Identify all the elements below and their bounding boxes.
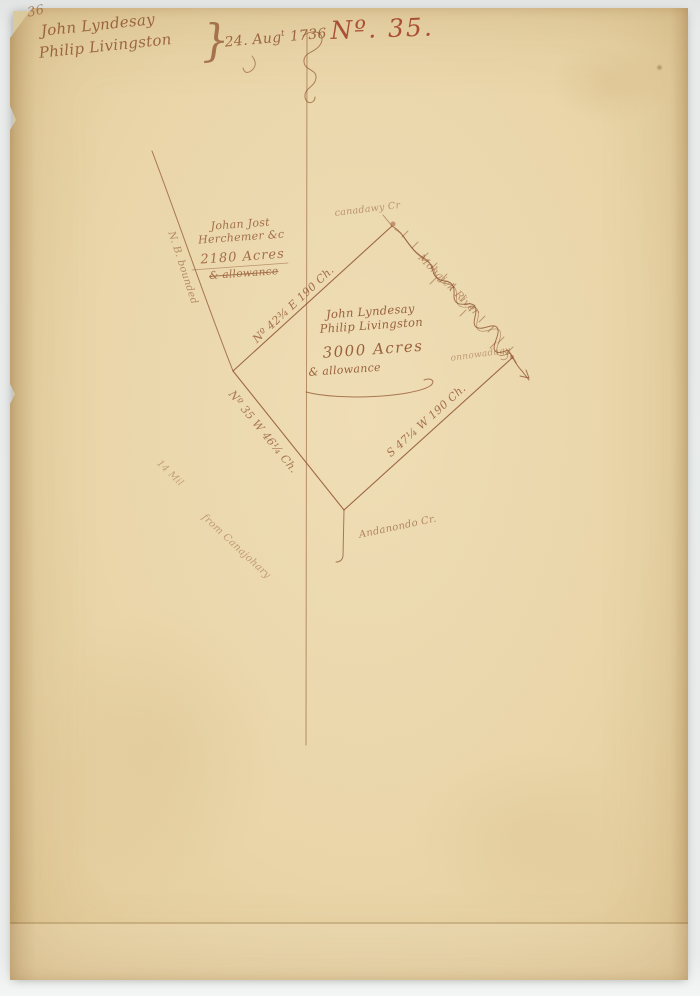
docket-date-year: 1736: [289, 26, 327, 45]
paper-stain: [30, 608, 280, 888]
fold-crease-line: [10, 922, 688, 924]
paper-stain: [550, 44, 670, 124]
paper-stain: [410, 748, 640, 918]
paper-right-edge-shading: [670, 8, 688, 980]
below-crease-tone: [10, 924, 688, 980]
map-number: Nº. 35.: [330, 12, 434, 45]
herkimer-tract-label: Johan Jost Herchemer &c 2180 Acres & all…: [178, 213, 306, 283]
ink-spot: [656, 64, 663, 71]
map-sheet-paper: [10, 8, 688, 980]
paper-left-edge-shading: [10, 8, 36, 980]
scanned-survey-map: 36 John Lyndesay Philip Livingston } 24.…: [0, 0, 700, 996]
docket-date-superscript: t: [281, 29, 286, 39]
lyndesay-tract-label: John Lyndesay Philip Livingston 3000 Acr…: [318, 301, 427, 378]
